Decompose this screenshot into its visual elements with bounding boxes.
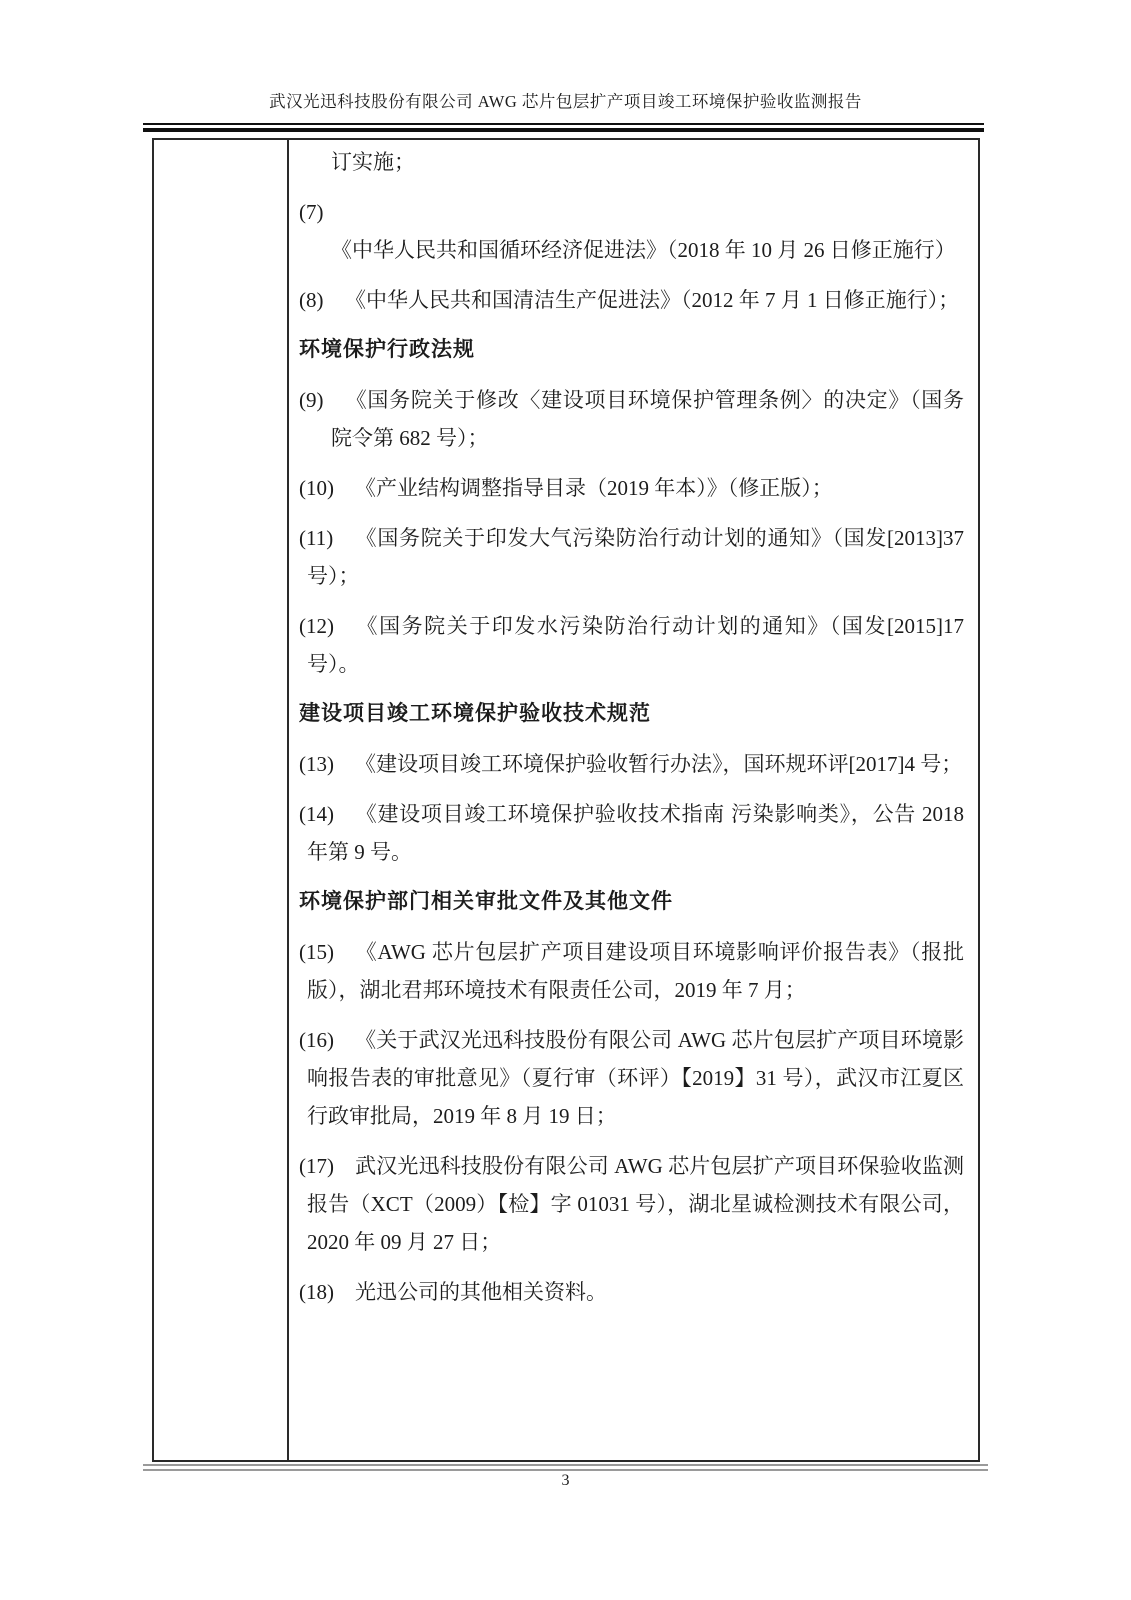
item-text: 武汉光迅科技股份有限公司 AWG 芯片包层扩产项目环保验收监测报告（XCT（20… [307,1154,964,1254]
item-text: 《关于武汉光迅科技股份有限公司 AWG 芯片包层扩产项目环境影响报告表的审批意见… [307,1028,964,1128]
list-item: (18)光迅公司的其他相关资料。 [299,1273,964,1311]
header-rule [143,123,984,132]
list-item: (8)《中华人民共和国清洁生产促进法》（2012 年 7 月 1 日修正施行）； [299,281,964,319]
list-item: (17)武汉光迅科技股份有限公司 AWG 芯片包层扩产项目环保验收监测报告（XC… [299,1147,964,1261]
item-text: 《国务院关于修改〈建设项目环境保护管理条例〉的决定》（国务院令第 682 号）； [331,388,964,450]
item-text: 光迅公司的其他相关资料。 [355,1280,607,1304]
table-content-cell: 订实施； (7)《中华人民共和国循环经济促进法》（2018 年 10 月 26 … [289,140,978,1460]
item-number: (16) [299,1021,355,1059]
section-heading: 建设项目竣工环境保护验收技术规范 [299,695,964,733]
item-text: 《AWG 芯片包层扩产项目建设项目环境影响评价报告表》（报批版），湖北君邦环境技… [307,940,964,1002]
item-text: 《国务院关于印发大气污染防治行动计划的通知》（国发[2013]37 号）； [307,526,964,588]
item-text: 《中华人民共和国循环经济促进法》（2018 年 10 月 26 日修正施行） [331,238,956,262]
item-number: (13) [299,745,355,783]
list-item: (14)《建设项目竣工环境保护验收技术指南 污染影响类》，公告 2018 年第 … [299,795,964,871]
item-text: 《产业结构调整指导目录（2019 年本）》（修正版）； [355,476,833,500]
section-heading: 环境保护部门相关审批文件及其他文件 [299,883,964,921]
list-item: (16)《关于武汉光迅科技股份有限公司 AWG 芯片包层扩产项目环境影响报告表的… [299,1021,964,1135]
list-item: (10)《产业结构调整指导目录（2019 年本）》（修正版）； [299,469,964,507]
item-number: (12) [299,607,355,645]
item-text: 《建设项目竣工环境保护验收技术指南 污染影响类》，公告 2018 年第 9 号。 [307,802,964,864]
running-header-title: 武汉光迅科技股份有限公司 AWG 芯片包层扩产项目竣工环境保护验收监测报告 [0,88,1131,112]
page-number: 3 [0,1472,1131,1490]
footer-rule [143,1464,988,1471]
item-number: (18) [299,1273,355,1311]
table-left-cell-empty [154,140,289,1460]
item-text: 《中华人民共和国清洁生产促进法》（2012 年 7 月 1 日修正施行）； [345,288,959,312]
list-item: (7)《中华人民共和国循环经济促进法》（2018 年 10 月 26 日修正施行… [299,193,964,269]
item-number: (14) [299,795,355,833]
continuation-text: 订实施； [299,143,964,181]
item-text: 《建设项目竣工环境保护验收暂行办法》，国环规环评[2017]4 号； [355,752,962,776]
item-number: (15) [299,933,355,971]
list-item: (9)《国务院关于修改〈建设项目环境保护管理条例〉的决定》（国务院令第 682 … [299,381,964,457]
item-number: (10) [299,469,355,507]
item-number: (11) [299,519,355,557]
section-heading: 环境保护行政法规 [299,331,964,369]
document-page: 武汉光迅科技股份有限公司 AWG 芯片包层扩产项目竣工环境保护验收监测报告 订实… [0,0,1131,1600]
report-table: 订实施； (7)《中华人民共和国循环经济促进法》（2018 年 10 月 26 … [152,138,980,1462]
item-number: (17) [299,1147,355,1185]
item-number: (9) [299,381,345,419]
list-item: (15)《AWG 芯片包层扩产项目建设项目环境影响评价报告表》（报批版），湖北君… [299,933,964,1009]
list-item: (12)《国务院关于印发水污染防治行动计划的通知》（国发[2015]17 号）。 [299,607,964,683]
list-item: (13)《建设项目竣工环境保护验收暂行办法》，国环规环评[2017]4 号； [299,745,964,783]
list-item: (11)《国务院关于印发大气污染防治行动计划的通知》（国发[2013]37 号）… [299,519,964,595]
item-number: (7) [299,193,345,231]
item-number: (8) [299,281,345,319]
item-text: 《国务院关于印发水污染防治行动计划的通知》（国发[2015]17 号）。 [307,614,964,676]
